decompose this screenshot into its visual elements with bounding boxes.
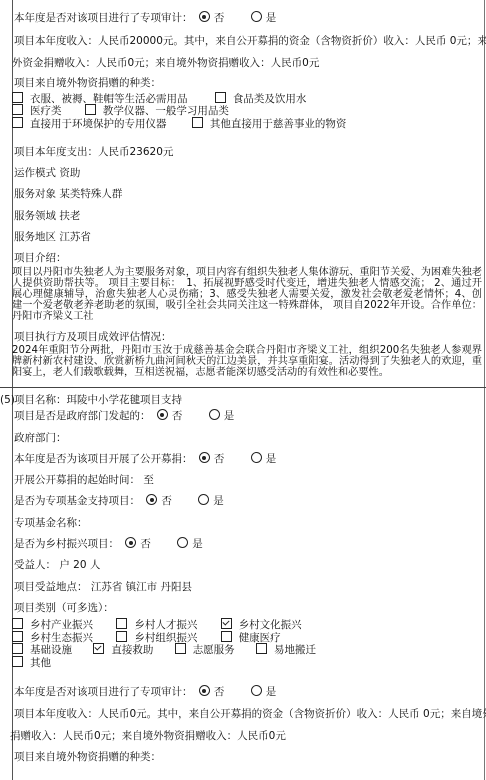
checkbox-icon[interactable] — [215, 92, 226, 103]
checkbox-icon[interactable] — [12, 631, 23, 642]
checkbox-label: 乡村文化振兴 — [239, 619, 302, 631]
intro-label: 项目介绍： — [14, 251, 482, 265]
radio-empty-icon[interactable] — [198, 494, 209, 505]
foreign-goods-label-s5: 项目来自境外物资捐赠的种类： — [14, 750, 482, 764]
category-row-3: 基础设施 直接救助 志愿服务 易地搬迁 — [12, 643, 332, 656]
checkbox-label: 基础设施 — [30, 644, 72, 656]
audit-question-row-5: 本年度是否对该项目进行了专项审计： 否 是 — [14, 685, 482, 699]
foreign-goods-row-3: 直接用于环境保护的专用仪器 其他直接用于慈善事业的物资 — [12, 117, 362, 130]
special-fund-label: 是否为专项基金支持项目： — [14, 495, 140, 507]
radio-empty-icon[interactable] — [177, 537, 188, 548]
checkbox-label: 直接用于环境保护的专用仪器 — [30, 118, 167, 130]
radio-selected-icon[interactable] — [157, 409, 168, 420]
checkbox-icon[interactable] — [12, 643, 23, 654]
category-row-1: 乡村产业振兴 乡村人才振兴 乡村文化振兴 — [12, 618, 318, 631]
checkbox-label: 教学仪器、一般学习用品类 — [103, 105, 229, 117]
evaluation-label: 项目执行方及项目成效评估情况： — [14, 330, 482, 344]
audit-label: 本年度是否对该项目进行了专项审计： — [14, 12, 193, 24]
income-line-2-s5: 捐赠收入：人民币0元；来自境外物资捐赠收入：人民币0元 — [10, 729, 482, 743]
checkbox-label: 乡村产业振兴 — [30, 619, 93, 631]
project-name: 项目名称：珥陵中小学花毽项目支持 — [14, 393, 482, 407]
checkbox-label: 其他 — [30, 657, 51, 669]
category-label: 项目类别（可多选）： — [14, 601, 482, 615]
option-yes: 是 — [224, 410, 235, 422]
service-field: 服务领域 扶老 — [14, 209, 482, 223]
option-no: 否 — [214, 12, 225, 24]
checkbox-label: 其他直接用于慈善事业的物资 — [210, 118, 347, 130]
checkbox-label: 直接救助 — [111, 644, 153, 656]
checkbox-icon[interactable] — [192, 117, 203, 128]
right-border — [484, 0, 485, 780]
checkbox-checked-icon[interactable] — [221, 618, 232, 629]
checkbox-label: 易地搬迁 — [274, 644, 316, 656]
checkbox-icon[interactable] — [12, 656, 23, 667]
radio-empty-icon[interactable] — [251, 11, 262, 22]
special-fund-row: 是否为专项基金支持项目： 否 是 — [14, 494, 482, 508]
option-no: 否 — [140, 538, 151, 550]
category-row-4: 其他 — [12, 656, 67, 669]
checkbox-label: 医疗类 — [30, 105, 62, 117]
checkbox-icon[interactable] — [12, 618, 23, 629]
service-area: 服务地区 江苏省 — [14, 230, 482, 244]
option-yes: 是 — [266, 686, 277, 698]
option-yes: 是 — [266, 453, 277, 465]
option-no: 否 — [172, 410, 183, 422]
special-fund-name: 专项基金名称： — [14, 516, 482, 530]
audit-question-row: 本年度是否对该项目进行了专项审计： 否 是 — [14, 11, 482, 25]
checkbox-icon[interactable] — [12, 92, 23, 103]
radio-selected-icon[interactable] — [199, 11, 210, 22]
rural-revival-label: 是否为乡村振兴项目： — [14, 538, 119, 550]
checkbox-icon[interactable] — [116, 618, 127, 629]
beneficiaries: 受益人： 户 20 人 — [14, 558, 482, 572]
report-page: 本年度是否对该项目进行了专项审计： 否 是 项目本年度收入：人民币20000元。… — [0, 0, 486, 780]
radio-empty-icon[interactable] — [251, 685, 262, 696]
radio-selected-icon[interactable] — [146, 494, 157, 505]
radio-empty-icon[interactable] — [209, 409, 220, 420]
foreign-goods-label: 项目来自境外物资捐赠的种类： — [14, 76, 482, 90]
radio-selected-icon[interactable] — [125, 537, 136, 548]
income-line-1-s5: 项目本年度收入：人民币0元。其中，来自公开募捐的资金（含物资折价）收入：人民币 … — [14, 707, 482, 721]
gov-initiated-row: 项目是否是政府部门发起的： 否 是 — [14, 409, 482, 423]
income-line-1: 项目本年度收入：人民币20000元。其中，来自公开募捐的资金（含物资折价）收入：… — [14, 34, 482, 48]
checkbox-label: 志愿服务 — [193, 644, 235, 656]
checkbox-icon[interactable] — [12, 117, 23, 128]
foreign-goods-row-2: 医疗类 教学仪器、一般学习用品类 — [12, 104, 245, 117]
radio-selected-icon[interactable] — [199, 452, 210, 463]
option-yes: 是 — [192, 538, 203, 550]
option-no: 否 — [161, 495, 172, 507]
option-no: 否 — [214, 686, 225, 698]
operation-mode: 运作模式 资助 — [14, 166, 482, 180]
audit-label: 本年度是否对该项目进行了专项审计： — [14, 686, 193, 698]
rural-revival-row: 是否为乡村振兴项目： 否 是 — [14, 537, 482, 551]
checkbox-icon[interactable] — [175, 643, 186, 654]
service-target: 服务对象 某类特殊人群 — [14, 187, 482, 201]
checkbox-icon[interactable] — [256, 643, 267, 654]
fundraising-period: 开展公开募捐的起始时间： 至 — [14, 473, 482, 487]
checkbox-checked-icon[interactable] — [93, 643, 104, 654]
gov-dept: 政府部门： — [14, 431, 482, 445]
expense-row: 项目本年度支出：人民币23620元 — [14, 145, 482, 159]
checkbox-icon[interactable] — [116, 631, 127, 642]
radio-selected-icon[interactable] — [199, 685, 210, 696]
option-no: 否 — [214, 453, 225, 465]
beneficiary-location: 项目受益地点： 江苏省 镇江市 丹阳县 — [14, 580, 482, 594]
public-fundraising-label: 本年度是否为该项目开展了公开募捐： — [14, 453, 193, 465]
income-line-2: 外资金捐赠收入：人民币0元；来自境外物资捐赠收入：人民币0元 — [12, 56, 482, 70]
evaluation-text: 2024年重阳节分两批，丹阳市玉汝于成慈善基金会联合丹阳市齐梁义工社，组织200… — [12, 345, 482, 378]
option-yes: 是 — [266, 12, 277, 24]
checkbox-icon[interactable] — [221, 631, 232, 642]
checkbox-icon[interactable] — [12, 104, 23, 115]
checkbox-icon[interactable] — [85, 104, 96, 115]
gov-initiated-label: 项目是否是政府部门发起的： — [14, 410, 151, 422]
intro-text: 项目以丹阳市失独老人为主要服务对象，项目内容有组织失独老人集体游玩、重阳节关爱、… — [12, 267, 482, 322]
section-divider — [0, 387, 486, 388]
checkbox-label: 乡村人才振兴 — [134, 619, 197, 631]
public-fundraising-row: 本年度是否为该项目开展了公开募捐： 否 是 — [14, 452, 482, 466]
radio-empty-icon[interactable] — [251, 452, 262, 463]
section-index: (5) — [0, 393, 15, 407]
option-yes: 是 — [213, 495, 224, 507]
